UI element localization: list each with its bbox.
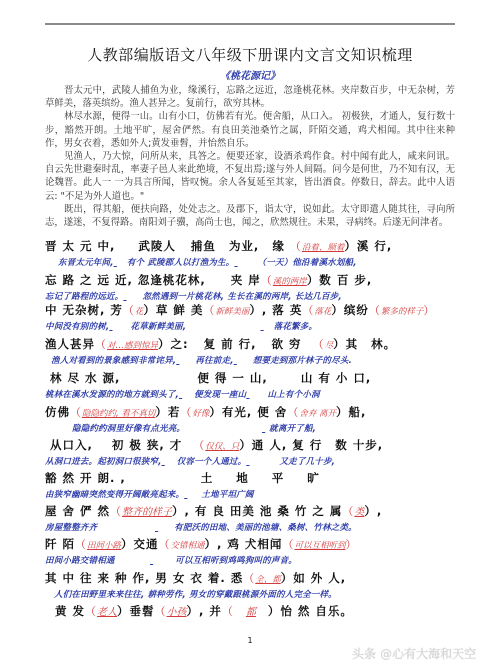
paren: （ <box>180 406 192 419</box>
paren: （ <box>369 304 381 317</box>
translation-text: 东晋太元年间, <box>58 256 114 268</box>
word-gloss: 溪的两岸 <box>273 277 307 287</box>
paren: ） <box>423 304 435 317</box>
classical-text: ）, 鸡 犬相闻 <box>205 537 283 551</box>
classical-text: ）, <box>364 504 382 518</box>
word-gloss: 全、都 <box>255 575 281 585</box>
classical-line: 晋 太 元 中, 武陵人 捕鱼 为业, 缘 （沿着、顺着）溪 行, <box>45 238 392 254</box>
classical-text: ）缤纷 <box>331 303 369 317</box>
translation-line: 渔人对看到的景象感到非常诧异, 再往前走, 想要走到那片林子的尽头. <box>51 354 352 366</box>
classical-text: ）, 落 英 <box>249 303 302 317</box>
translation-text: 仅容一个人通过。 <box>177 455 247 467</box>
word-gloss: 舍弃 离开 <box>299 409 336 419</box>
classical-line: 豁 然 开 朗. , 土 地 平 旷 <box>45 470 320 486</box>
classical-text: 中 无杂树, 芳 <box>45 303 123 317</box>
classical-text: ）, 并 <box>187 604 222 618</box>
classical-text: 从口入, <box>50 438 93 452</box>
paren: （ <box>75 538 87 551</box>
translation-text: 又走了几十步, <box>279 455 335 467</box>
classical-text: 屋 舍 俨 然 <box>45 504 110 518</box>
paren: （ <box>222 605 234 618</box>
translation-line: 人们在田野里来来往往, 耕种劳作, 男女的穿戴跟桃源外面的人完全一样。 <box>54 588 337 600</box>
word-gloss: 新鲜美丽 <box>215 307 249 317</box>
classical-text: ）其 <box>333 337 358 351</box>
word-gloss: 好像 <box>192 409 209 419</box>
classical-text: 渔人甚异 <box>45 337 95 351</box>
translation-text: 由狭窄幽暗突然变得开阔敞亮起来。 <box>45 488 184 500</box>
word-gloss: 田间小路 <box>87 541 121 551</box>
word-gloss: 整齐的样子 <box>122 507 172 518</box>
translation-text: 房屋整整齐齐 <box>45 521 155 533</box>
translation-line: 隐隐约约洞里好像有点光亮。 就离开了船, <box>72 422 316 434</box>
lesson-title: 《桃花源记》 <box>0 67 500 82</box>
classical-text: 欲 穷 <box>272 337 302 351</box>
classical-text: ）数 百 步, <box>307 273 372 287</box>
translation-text: 再往前走, <box>195 354 233 366</box>
paren: （ <box>123 304 135 317</box>
word-gloss: 落花 <box>314 307 331 317</box>
classical-text: 数 十步, <box>335 438 383 452</box>
classical-text: 晋 太 元 中, <box>45 239 115 253</box>
translation-line: 房屋整整齐齐 有肥沃的田地、美丽的池塘、桑树、竹林之类。 <box>45 521 357 533</box>
translation-line: 忘记了路程的远近。 忽然遇到一片桃花林, 生长在溪的两岸, 长达几百步, <box>45 290 342 302</box>
translation-text: 田间小路交错相通 <box>45 554 150 566</box>
translation-line: 从洞口进去。起初洞口很狭窄, 仅容一个人通过。 又走了几十步, <box>45 455 335 467</box>
classical-text: ）通 人, 复 行 <box>239 438 322 452</box>
word-gloss: 仅仅、只 <box>205 442 239 452</box>
word-gloss: 小孩 <box>167 607 187 618</box>
classical-text: 阡 陌 <box>45 537 75 551</box>
paren: （ <box>159 538 171 551</box>
paren: （ <box>95 338 107 351</box>
paren: （ <box>85 605 97 618</box>
paren: ） <box>345 538 357 551</box>
classical-line: 屋 舍 俨 然（整齐的样子）, 有 良 田美 池 桑 竹 之 属（类）, <box>45 503 382 519</box>
classical-text: ）溪 行, <box>344 239 392 253</box>
original-paragraph: 见渔人，乃大惊，问所从来，具答之。便要还家，设酒杀鸡作食。村中闻有此人，咸来问讯… <box>45 150 455 203</box>
classical-line: 忘 路 之 远 近, 忽逢桃花林, 夹 岸（溪的两岸）数 百 步, <box>45 272 372 288</box>
translation-text: 想要走到那片林子的尽头. <box>253 354 352 366</box>
paren: （ <box>193 439 205 452</box>
classical-text: ）如 外 人, <box>281 571 346 585</box>
classical-text: 初 极 狭, 才 <box>112 438 182 452</box>
translation-text: 有肥沃的田地、美丽的池塘、桑树、竹林之类。 <box>174 521 357 533</box>
classical-line: 阡 陌（田间小路）交通（交错相通）, 鸡 犬相闻（可以互相听到） <box>45 536 357 552</box>
translation-text: 就离开了船, <box>269 422 316 434</box>
classical-text: ）若 <box>155 405 180 419</box>
classical-line: 黄 发（老人）垂髫（小孩）, 并（都）怡 然 自乐。 <box>55 603 353 619</box>
translation-text: 土地平坦广阔 <box>201 488 253 500</box>
page-title: 人教部编版语文八年级下册课内文言文知识梳理 <box>0 44 500 65</box>
paren: （ <box>70 406 82 419</box>
classical-text: 林。 <box>371 337 396 351</box>
word-gloss: 老人 <box>97 607 117 618</box>
paren: （ <box>282 538 294 551</box>
word-gloss: 都 <box>246 607 256 618</box>
translation-line: 由狭窄幽暗突然变得开阔敞亮起来。 土地平坦广阔 <box>45 488 254 500</box>
classical-text: 仿佛 <box>45 405 70 419</box>
translation-line: 中间没有别的树, 花草新鲜美丽, 落花繁多。 <box>45 320 317 332</box>
classical-text: 忘 路 之 远 近, 忽逢桃花林, <box>45 273 206 287</box>
classical-text: 武陵人 <box>138 239 176 253</box>
word-gloss: 对…感到惊异 <box>107 341 158 351</box>
classical-text: 夹 岸 <box>231 273 261 287</box>
classical-line: 林 尽 水 源, 便 得 一 山, 山 有 小 口, <box>50 370 371 386</box>
classical-text: ）垂髫 <box>117 604 155 618</box>
translation-text: 落花繁多。 <box>274 320 318 332</box>
word-gloss: 尽 <box>325 341 334 351</box>
classical-text: 豁 然 开 朗. , <box>45 471 126 485</box>
translation-text: 从洞口进去。起初洞口很狭窄, <box>45 455 162 467</box>
classical-text: 捕鱼 <box>191 239 216 253</box>
classical-text: 林 尽 水 源, <box>50 371 120 385</box>
classical-text: 其 中 往 来 种 作, 男 女 衣 着. 悉 <box>45 571 243 585</box>
translation-text: 有个 武陵郡人以打渔为生。 <box>127 256 235 268</box>
classical-line: 从口入, 初 极 狭, 才 （仅仅、只）通 人, 复 行 数 十步, <box>50 437 383 453</box>
classical-text: ）船, <box>336 405 366 419</box>
original-paragraph: 林尽水源，便得一山。山有小口，仿佛若有光。便舍船，从口入。 初极狭，才通人，复行… <box>45 110 455 150</box>
translation-text: 中间没有别的树, <box>45 320 109 332</box>
paren: （ <box>243 572 255 585</box>
classical-line: 其 中 往 来 种 作, 男 女 衣 着. 悉（全、都）如 外 人, <box>45 570 346 586</box>
original-paragraph: 既出，得其船，便扶向路，处处志之。及郡下，诣太守，说如此。太守即遣人随其往，寻向… <box>45 203 455 229</box>
paren: （ <box>261 274 273 287</box>
classical-text: 黄 发 <box>55 604 85 618</box>
original-text: 晋太元中，武陵人捕鱼为业，缘溪行，忘路之远近，忽逢桃花林。夹岸数百步，中无杂树，… <box>45 84 455 229</box>
word-gloss: 可以互相听到 <box>294 541 345 551</box>
translation-text: 渔人对看到的景象感到非常诧异, <box>51 354 176 366</box>
paren: （ <box>203 304 215 317</box>
watermark: 头条 @心有大海和天空 <box>352 645 476 662</box>
classical-text: ）, 有 良 田美 池 桑 竹 之 属 <box>172 504 342 518</box>
classical-text: ）有光, 便 舍 <box>209 405 287 419</box>
paren: （ <box>342 505 354 518</box>
translation-text: 人们在田野里来来往往, 耕种劳作, 男女的穿戴跟桃源外面的人完全一样。 <box>54 588 337 600</box>
translation-text: 山上有个小洞 <box>267 388 319 400</box>
translation-text: （一天）他沿着溪水划船, <box>258 256 357 268</box>
classical-text: 缘 <box>272 239 285 253</box>
classical-text: 便 得 一 山, <box>197 371 267 385</box>
translation-line: 田间小路交错相通 可以互相听到鸡鸣狗叫的声音。 <box>45 554 297 566</box>
paren: （ <box>313 338 325 351</box>
classical-text: 复 前 行, <box>204 337 257 351</box>
translation-text: 忘记了路程的远近。 <box>45 290 123 302</box>
paren: （ <box>302 304 314 317</box>
paren: （ <box>155 605 167 618</box>
page-number: 1 <box>0 636 500 645</box>
classical-line: 渔人甚异（对…感到惊异）之: 复 前 行, 欲 穷 （尽）其 林。 <box>45 336 396 352</box>
translation-line: 东晋太元年间, 有个 武陵郡人以打渔为生。 （一天）他沿着溪水划船, <box>58 256 357 268</box>
word-gloss: 隐隐约约, 看不真切 <box>82 409 155 419</box>
translation-text: 隐隐约约洞里好像有点光亮。 <box>72 422 262 434</box>
classical-text: 山 有 小 口, <box>301 371 371 385</box>
translation-text: 桃林在溪水发源的的地方就到头了, <box>45 388 179 400</box>
original-paragraph: 晋太元中，武陵人捕鱼为业，缘溪行，忘路之远近，忽逢桃花林。夹岸数百步，中无杂树，… <box>45 84 455 110</box>
classical-text: ）草 鲜 美 <box>143 303 203 317</box>
header-rule <box>45 23 455 25</box>
translation-line: 桃林在溪水发源的的地方就到头了, 便发现一座山 山上有个小洞 <box>45 388 320 400</box>
classical-line: 中 无杂树, 芳（花）草 鲜 美（新鲜美丽）, 落 英（落花）缤纷（繁多的样子） <box>45 302 435 318</box>
paren: （ <box>290 240 302 253</box>
word-gloss: 类 <box>354 507 364 518</box>
paren: （ <box>287 406 299 419</box>
translation-text: 忽然遇到一片桃花林, 生长在溪的两岸, 长达几百步, <box>142 290 341 302</box>
classical-text: 土 地 平 旷 <box>201 471 320 485</box>
word-gloss: 沿着、顺着 <box>302 243 345 253</box>
classical-text: ）怡 然 自乐。 <box>268 604 353 618</box>
classical-text: ）之: <box>158 337 189 351</box>
word-gloss: 繁多的样子 <box>381 307 424 317</box>
translation-text: 花草新鲜美丽, <box>131 320 261 332</box>
translation-text: 便发现一座山 <box>194 388 246 400</box>
classical-text: ）交通 <box>121 537 159 551</box>
paren: （ <box>110 505 122 518</box>
translation-text: 可以互相听到鸡鸣狗叫的声音。 <box>175 554 297 566</box>
classical-line: 仿佛（隐隐约约, 看不真切）若（好像）有光, 便 舍（舍弃 离开）船, <box>45 404 366 420</box>
classical-text: 为业, <box>229 239 259 253</box>
word-gloss: 交错相通 <box>171 541 205 551</box>
